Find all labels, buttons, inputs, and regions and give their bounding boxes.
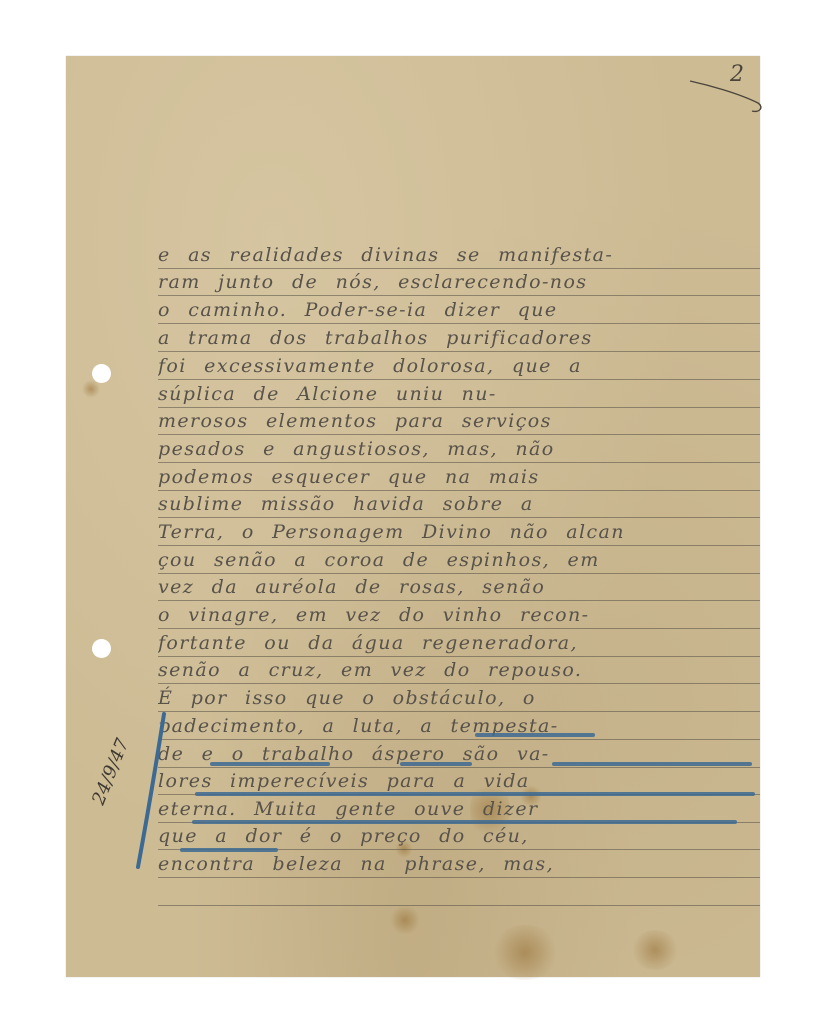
margin-bracket-line [130,712,170,872]
text-line: Terra, o Personagem Divino não alcan [158,518,760,546]
blue-underline [192,820,737,824]
text-line: padecimento, a luta, a tempesta- [158,712,760,740]
text-line: eterna. Muita gente ouve dizer [158,795,760,823]
blue-underline [195,792,755,796]
blue-underline [552,762,752,766]
text-line: o caminho. Poder-se-ia dizer que [158,296,760,324]
text-line: súplica de Alcione uniu nu- [158,380,760,408]
text-line: fortante ou da água regeneradora, [158,629,760,657]
text-line: vez da auréola de rosas, senão [158,573,760,601]
text-line: a trama dos trabalhos purificadores [158,324,760,352]
blue-underline [210,762,330,766]
text-line: senão a cruz, em vez do repouso. [158,656,760,684]
text-line: merosos elementos para serviços [158,407,760,435]
text-line: ram junto de nós, esclarecendo-nos [158,268,760,296]
text-line [158,878,760,906]
blue-underline [475,733,595,737]
blue-underline [400,762,472,766]
blue-underline [180,848,278,852]
text-line: encontra beleza na phrase, mas, [158,850,760,878]
text-line: que a dor é o preço do céu, [158,822,760,850]
text-line: foi excessivamente dolorosa, que a [158,352,760,380]
text-line: pesados e angustiosos, mas, não [158,435,760,463]
text-line: o vinagre, em vez do vinho recon- [158,601,760,629]
text-line: podemos esquecer que na mais [158,463,760,491]
text-line: sublime missão havida sobre a [158,490,760,518]
text-line: É por isso que o obstáculo, o [158,684,760,712]
text-line: çou senão a coroa de espinhos, em [158,546,760,574]
text-line: lores imperecíveis para a vida [158,767,760,795]
text-line: e as realidades divinas se manifesta- [158,241,760,269]
handwritten-text-block: e as realidades divinas se manifesta- ra… [0,0,827,1024]
